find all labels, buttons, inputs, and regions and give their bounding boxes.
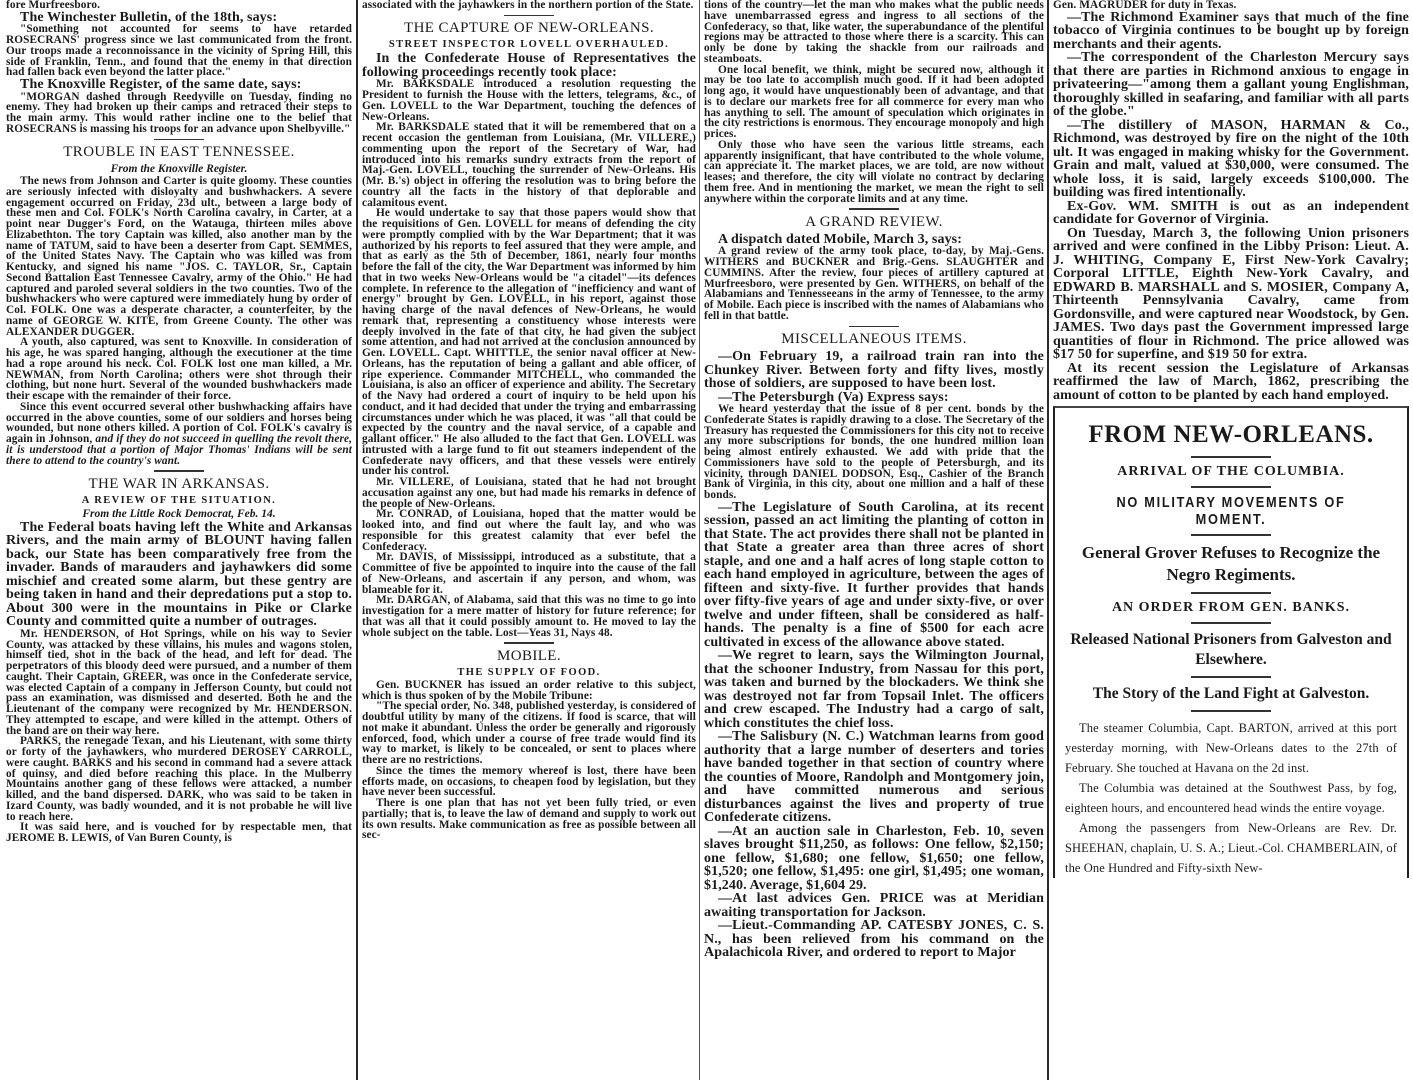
column-3: tions of the country—let the man who mak… bbox=[704, 0, 1044, 1080]
winchester-intro: The Winchester Bulletin, of the 18th, sa… bbox=[6, 11, 352, 25]
article-paragraph: It was said here, and is vouched for by … bbox=[6, 822, 352, 844]
article-paragraph: The news from Johnson and Carter is quit… bbox=[6, 176, 352, 337]
article-intro: In the Confederate House of Representati… bbox=[362, 52, 696, 79]
article-paragraph: Since this event occurred several other … bbox=[6, 402, 352, 467]
article-paragraph: A youth, also captured, was sent to Knox… bbox=[6, 337, 352, 402]
article-intro: A dispatch dated Mobile, March 3, says: bbox=[704, 233, 1044, 247]
article-paragraph: Only those who have seen the various lit… bbox=[704, 140, 1044, 205]
deck-headline: AN ORDER FROM GEN. BANKS. bbox=[1065, 600, 1397, 616]
deck-headline: The Story of the Land Fight at Galveston… bbox=[1065, 684, 1397, 704]
subheadline: A REVIEW OF THE SITUATION. bbox=[6, 495, 352, 507]
misc-item: —Lieut.-Commanding AP. CATESBY JONES, C.… bbox=[704, 919, 1044, 960]
headline-war-in-arkansas: THE WAR IN ARKANSAS. bbox=[6, 476, 352, 493]
divider bbox=[849, 208, 899, 210]
subheadline: STREET INSPECTOR LOVELL OVERHAULED. bbox=[362, 39, 696, 51]
misc-item: We heard yesterday that the issue of 8 p… bbox=[704, 404, 1044, 501]
article-paragraph: Mr. BARKSDALE stated that it will be rem… bbox=[362, 122, 696, 208]
divider bbox=[1191, 710, 1271, 712]
article-paragraph: Mr. BARKSDALE introduced a resolution re… bbox=[362, 79, 696, 122]
source-line: From the Knoxville Register. bbox=[6, 163, 352, 175]
misc-item: —The distillery of MASON, HARMAN & Co., … bbox=[1053, 119, 1409, 200]
divider bbox=[504, 642, 554, 644]
article-paragraph: "The special order, No. 348, published y… bbox=[362, 701, 696, 766]
article-paragraph: One local benefit, we think, might be se… bbox=[704, 65, 1044, 140]
misc-item: Ex-Gov. WM. SMITH is out as an independe… bbox=[1053, 200, 1409, 227]
column-rule bbox=[699, 0, 700, 1080]
divider bbox=[849, 326, 899, 328]
article-paragraph: Mr. DAVIS, of Mississippi, introduced as… bbox=[362, 552, 696, 595]
subheadline: THE SUPPLY OF FOOD. bbox=[362, 667, 696, 679]
misc-item-intro: —The Petersburgh (Va) Express says: bbox=[704, 391, 1044, 405]
column-rule bbox=[1047, 0, 1049, 1080]
divider bbox=[154, 139, 204, 141]
article-paragraph: Mr. CONRAD, of Louisiana, hoped that the… bbox=[362, 509, 696, 552]
article-paragraph: tions of the country—let the man who mak… bbox=[704, 0, 1044, 65]
divider bbox=[1191, 456, 1271, 458]
headline-capture-new-orleans: THE CAPTURE OF NEW-ORLEANS. bbox=[362, 20, 696, 37]
text-line: associated with the jayhawkers in the no… bbox=[362, 0, 696, 11]
knoxville-quote: "MORGAN dashed through Reedyville on Tue… bbox=[6, 92, 352, 135]
column-2: associated with the jayhawkers in the no… bbox=[362, 0, 696, 1080]
article-paragraph: He would undertake to say that those pap… bbox=[362, 208, 696, 477]
divider bbox=[504, 15, 554, 17]
divider bbox=[1191, 592, 1271, 594]
deck-headline: General Grover Refuses to Recognize the … bbox=[1065, 542, 1397, 586]
headline-grand-review: A GRAND REVIEW. bbox=[704, 214, 1044, 231]
column-rule bbox=[356, 0, 358, 1080]
article-paragraph: Mr. HENDERSON, of Hot Springs, while on … bbox=[6, 629, 352, 737]
article-paragraph: A grand review of the army took place, t… bbox=[704, 246, 1044, 321]
misc-item: —The Legislature of South Carolina, at i… bbox=[704, 501, 1044, 650]
article-paragraph: Mr. VILLERE, of Louisiana, stated that h… bbox=[362, 477, 696, 509]
deck-headline: NO MILITARY MOVEMENTS OF MOMENT. bbox=[1090, 494, 1372, 528]
knoxville-intro: The Knoxville Register, of the same date… bbox=[6, 78, 352, 92]
headline-from-new-orleans: FROM NEW-ORLEANS. bbox=[1065, 420, 1397, 450]
misc-item: —At last advices Gen. PRICE was at Merid… bbox=[704, 892, 1044, 919]
misc-item: On Tuesday, March 3, the following Union… bbox=[1053, 227, 1409, 362]
article-paragraph: Mr. DARGAN, of Alabama, said that this w… bbox=[362, 595, 696, 638]
misc-item: —We regret to learn, says the Wilmington… bbox=[704, 649, 1044, 730]
misc-item: —The Salisbury (N. C.) Watchman learns f… bbox=[704, 730, 1044, 825]
newspaper-page: fore Murfreesboro. The Winchester Bullet… bbox=[0, 0, 1413, 1080]
winchester-quote: "Something not accounted for seems to ha… bbox=[6, 24, 352, 78]
divider bbox=[1191, 534, 1271, 536]
divider bbox=[1191, 622, 1271, 624]
article-paragraph: Since the times the memory whereof is lo… bbox=[362, 766, 696, 798]
misc-item: —The Richmond Examiner says that much of… bbox=[1053, 11, 1409, 52]
article-paragraph: Among the passengers from New-Orleans ar… bbox=[1065, 818, 1397, 878]
column-4: Gen. MAGRUDER for duty in Texas. —The Ri… bbox=[1053, 0, 1409, 1080]
article-paragraph: Gen. BUCKNER has issued an order relativ… bbox=[362, 680, 696, 702]
article-paragraph: The Columbia was detained at the Southwe… bbox=[1065, 778, 1397, 818]
headline-miscellaneous: MISCELLANEOUS ITEMS. bbox=[704, 331, 1044, 348]
misc-item: —On February 19, a railroad train ran in… bbox=[704, 350, 1044, 391]
divider bbox=[1191, 486, 1271, 488]
article-paragraph: PARKS, the renegade Texan, and his Lieut… bbox=[6, 736, 352, 822]
headline-east-tennessee: TROUBLE IN EAST TENNESSEE. bbox=[6, 144, 352, 161]
divider bbox=[154, 470, 204, 472]
column-1: fore Murfreesboro. The Winchester Bullet… bbox=[6, 0, 352, 1080]
article-lead: The Federal boats having left the White … bbox=[6, 521, 352, 629]
headline-mobile: MOBILE. bbox=[362, 648, 696, 665]
misc-item: —The correspondent of the Charleston Mer… bbox=[1053, 51, 1409, 119]
deck-headline: ARRIVAL OF THE COLUMBIA. bbox=[1065, 464, 1397, 480]
new-orleans-article-box: FROM NEW-ORLEANS. ARRIVAL OF THE COLUMBI… bbox=[1053, 406, 1409, 878]
divider bbox=[1191, 676, 1271, 678]
source-line: From the Little Rock Democrat, Feb. 14. bbox=[6, 508, 352, 520]
misc-item: At its recent session the Legislature of… bbox=[1053, 362, 1409, 403]
misc-item: —At an auction sale in Charleston, Feb. … bbox=[704, 825, 1044, 893]
article-paragraph: The steamer Columbia, Capt. BARTON, arri… bbox=[1065, 718, 1397, 778]
deck-headline: Released National Prisoners from Galvest… bbox=[1065, 630, 1397, 670]
article-paragraph: There is one plan that has not yet been … bbox=[362, 798, 696, 841]
